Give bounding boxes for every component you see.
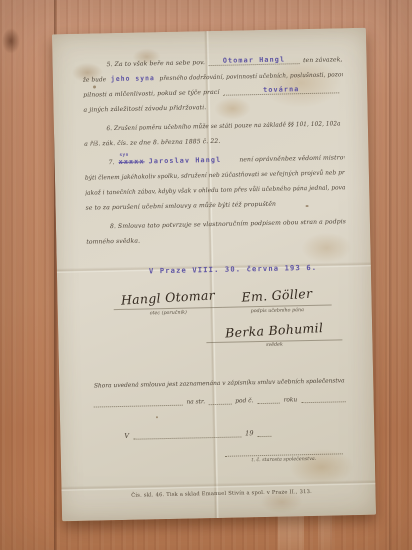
date-line: V Praze VIII. 30. června 193 6. (149, 254, 347, 268)
clause-text: se to za porušení učební smlouvy a může … (86, 202, 277, 212)
starosta-signature-caption: t. č. starosta společenstva. (225, 453, 343, 463)
dotted-blank (94, 397, 183, 408)
blank-space (276, 435, 351, 437)
clause-text: a říš. zák. čís. ze dne 8. března 1885 č… (84, 139, 220, 148)
wood-plank-seam (389, 0, 392, 550)
blank-space (225, 156, 235, 164)
dotted-blank (257, 395, 279, 404)
stamped-word-syna: jeho syna (111, 75, 155, 83)
dotted-blank (209, 396, 231, 405)
signature-father: Hangl Otomar otec (poručník) (113, 289, 223, 317)
signature-master: Em. Göller podpis učebního pána (222, 287, 332, 315)
signature-witness: Berka Bohumil svědek (206, 321, 343, 349)
registry-label-year: roku (283, 397, 297, 403)
registry-label-page: na str. (186, 399, 205, 405)
contract-text-block: 5. Za to však beře na sebe pov. Otomar H… (82, 48, 351, 499)
dotted-blank (257, 428, 271, 437)
dotted-blank (133, 428, 241, 439)
dotted-blank (301, 393, 346, 403)
registry-label-number: pod č. (235, 398, 253, 404)
registry-note-line-2: na str. pod č. roku (90, 393, 350, 407)
clause-text: že bude (83, 77, 106, 84)
clause-text: a jiných záležitostí závodu přidržovati. (83, 105, 206, 114)
wood-knot (2, 28, 20, 54)
clause-text: tomného svědka. (86, 238, 140, 245)
place-label: V (124, 432, 129, 440)
document-paper: 5. Za to však beře na sebe pov. Otomar H… (52, 28, 376, 521)
typed-date: V Praze VIII. 30. června 193 6. (149, 263, 317, 276)
registry-note-line-1: Shora uvedená smlouva jest zaznamenána v… (89, 378, 349, 389)
year-prefix: 19 (245, 429, 254, 437)
printer-imprint: Čís. skl. 46. Tisk a sklad Emanuel Stiví… (92, 488, 352, 499)
photo-of-apprenticeship-contract: { "colors": { "wood_base": "#c08662", "p… (0, 0, 412, 550)
place-date-blank-row: V 19 (90, 426, 350, 440)
signature-row: Hangl Otomar otec (poručník) Em. Göller … (87, 286, 347, 317)
correction-above: syn (119, 154, 128, 159)
stamped-name-guardian: Otomar Hangl (223, 55, 285, 64)
stamped-word-tovarna: továrna (263, 85, 300, 94)
